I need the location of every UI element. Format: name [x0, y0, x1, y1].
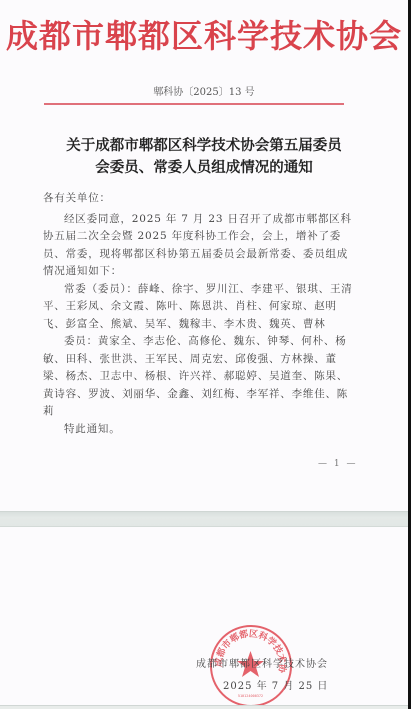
paragraph-intro: 经区委同意，2025 年 7 月 23 日召开了成都市郫都区科协五届二次全会暨 …: [43, 211, 359, 281]
page-bottom-edge: [0, 705, 408, 709]
red-letterhead: 成都市郫都区科学技术协会: [0, 16, 408, 56]
notice-body: 各有关单位： 经区委同意，2025 年 7 月 23 日召开了成都市郫都区科协五…: [43, 190, 359, 438]
page-number: — 1 —: [318, 459, 357, 469]
title-line-2: 会委员、常委人员组成情况的通知: [0, 157, 408, 179]
page-1: 成都市郫都区科学技术协会 郫科协〔2025〕13 号 关于成都市郫都区科学技术协…: [0, 0, 408, 511]
red-divider-line: [44, 103, 344, 105]
paragraph-standing-committee: 常委（委员）：薛峰、徐宇、罗川江、李建平、银琪、王清平、王彩凤、余文霞、陈叶、陈…: [43, 281, 359, 334]
document-number: 郫科协〔2025〕13 号: [0, 83, 408, 98]
signature-organization: 成都市郫都区科学技术协会: [196, 655, 328, 670]
salutation: 各有关单位：: [43, 190, 359, 208]
paragraph-members: 委员：黄家全、李志伦、高修伦、魏东、钟琴、何朴、杨敏、田科、张世洪、王军民、周克…: [43, 333, 359, 421]
page-2: [0, 527, 408, 709]
closing-text: 特此通知。: [43, 421, 359, 439]
signature-date: 2025 年 7 月 25 日: [223, 677, 328, 692]
document-viewer[interactable]: 成都市郫都区科学技术协会 郫科协〔2025〕13 号 关于成都市郫都区科学技术协…: [0, 0, 408, 709]
title-line-1: 关于成都市郫都区科学技术协会第五届委员: [0, 135, 408, 157]
svg-text:510124000372: 510124000372: [238, 694, 263, 698]
page-separator: [0, 511, 408, 527]
notice-title: 关于成都市郫都区科学技术协会第五届委员 会委员、常委人员组成情况的通知: [0, 135, 408, 179]
